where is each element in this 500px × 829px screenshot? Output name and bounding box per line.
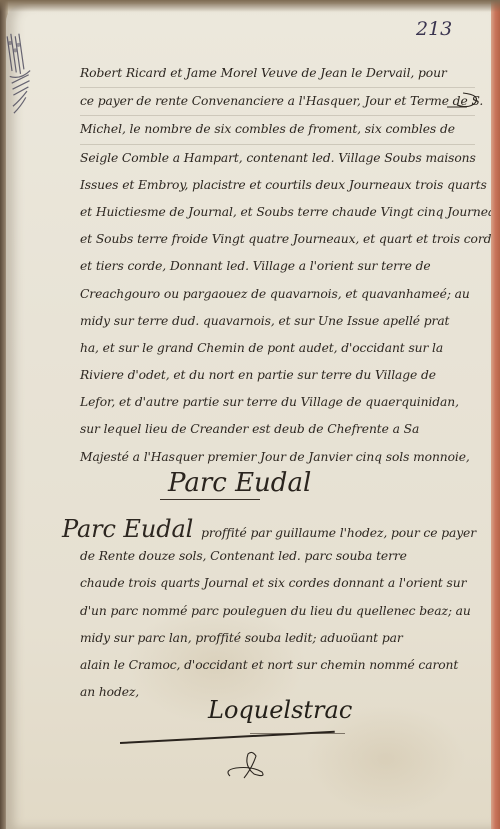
text-line: midy sur terre dud. quavarnois, et sur U… xyxy=(80,308,475,335)
text-line: Robert Ricard et Jame Morel Veuve de Jea… xyxy=(80,60,475,88)
text-line: et Soubs terre froide Vingt quatre Journ… xyxy=(80,226,475,253)
heading-underline xyxy=(160,499,260,500)
signature: Loquelstrac xyxy=(208,696,352,724)
text-line: ce payer de rente Convenanciere a l'Hasq… xyxy=(80,88,475,116)
text-line: et tiers corde, Donnant led. Village a l… xyxy=(80,253,475,280)
top-shadow xyxy=(0,0,500,12)
paragraph-1: Robert Ricard et Jame Morel Veuve de Jea… xyxy=(80,60,475,471)
text-line: alain le Cramoc, d'occidant et nort sur … xyxy=(62,652,477,679)
text-line: Lefor, et d'autre partie sur terre du Vi… xyxy=(80,389,475,416)
paraph-flourish-icon xyxy=(222,748,272,783)
text-line: Issues et Embroy, placistre et courtils … xyxy=(80,172,475,199)
text-line: Parc Eudal proffité par guillaume l'hode… xyxy=(62,516,477,543)
text-line: d'un parc nommé parc pouleguen du lieu d… xyxy=(62,598,477,625)
signature-underline xyxy=(250,733,345,734)
text-line: Michel, le nombre de six combles de from… xyxy=(80,116,475,144)
lead-word: Parc Eudal xyxy=(62,515,193,543)
paragraph-2: Parc Eudal proffité par guillaume l'hode… xyxy=(62,516,477,706)
text-line: et Huictiesme de Journal, et Soubs terre… xyxy=(80,199,475,226)
page-edge xyxy=(491,0,500,829)
text-line: midy sur parc lan, proffité souba ledit;… xyxy=(62,625,477,652)
text-line: Seigle Comble a Hampart, contenant led. … xyxy=(80,145,475,172)
text-line: ha, et sur le grand Chemin de pont audet… xyxy=(80,335,475,362)
text-fragment: proffité par guillaume l'hodez, pour ce … xyxy=(201,526,476,540)
text-line: Riviere d'odet, et du nort en partie sur… xyxy=(80,362,475,389)
text-line: chaude trois quarts Journal et six corde… xyxy=(62,570,477,597)
text-line: Creachgouro ou pargaouez de quavarnois, … xyxy=(80,281,475,308)
page-number: 213 xyxy=(416,18,452,40)
section-heading: Parc Eudal xyxy=(168,468,311,498)
text-line: de Rente douze sols, Contenant led. parc… xyxy=(62,543,477,570)
text-line: sur lequel lieu de Creander est deub de … xyxy=(80,416,475,443)
text-line: Majesté a l'Hasquer premier Jour de Janv… xyxy=(80,444,475,471)
